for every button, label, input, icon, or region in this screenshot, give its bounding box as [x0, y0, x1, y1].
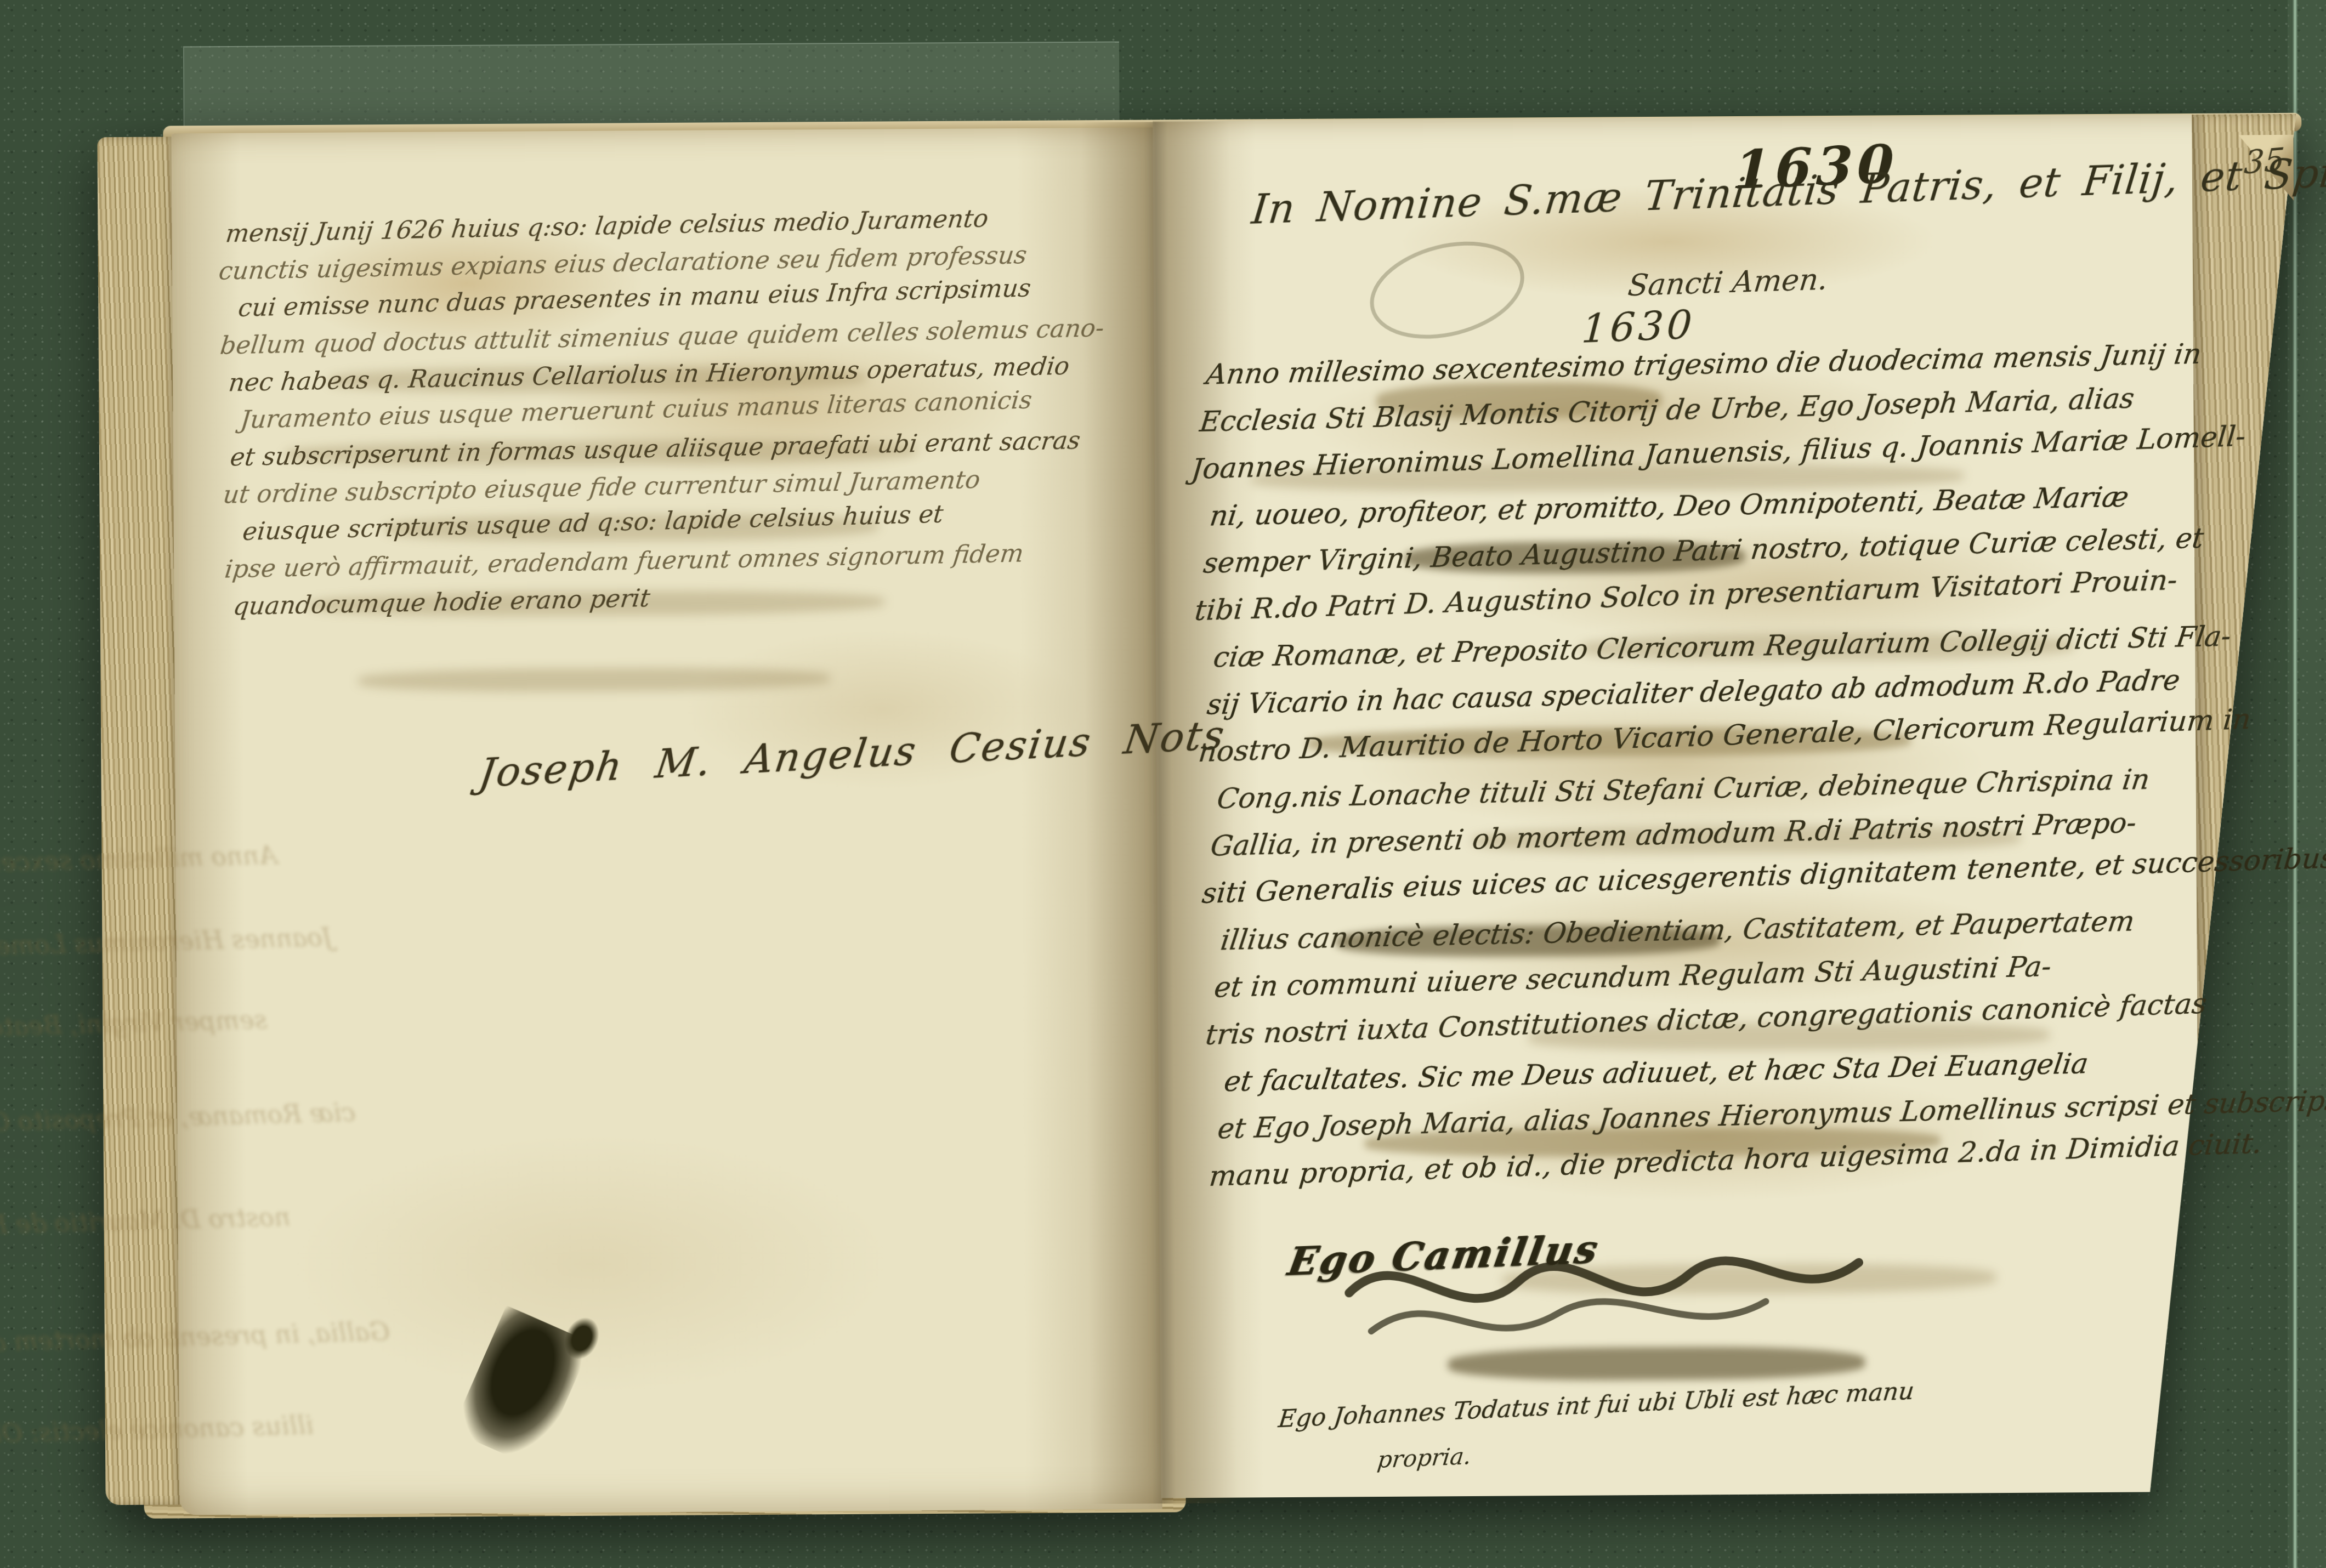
- photograph-of-manuscript: Anno millesimo sexcentesimo trigesimo di…: [0, 0, 2326, 1568]
- left-page-text-block: mensij Junij 1626 huius q:so: lapide cel…: [225, 197, 1138, 625]
- witness-attestation-line2: propria.: [1376, 1442, 1473, 1473]
- page-stack-left-edge: [97, 137, 183, 1505]
- pen-flourish: [1353, 229, 1540, 351]
- manuscript-book: Anno millesimo sexcentesimo trigesimo di…: [97, 121, 2304, 1510]
- right-page-text-block: Anno millesimo sexcentesimo trigesimo di…: [1198, 326, 2228, 1200]
- ink-scrawl: [1337, 1202, 1876, 1370]
- witness-signature-scrawl: Ego Camillus: [1289, 1237, 1599, 1284]
- invocation-subheading: Sancti Amen.: [1626, 262, 1830, 303]
